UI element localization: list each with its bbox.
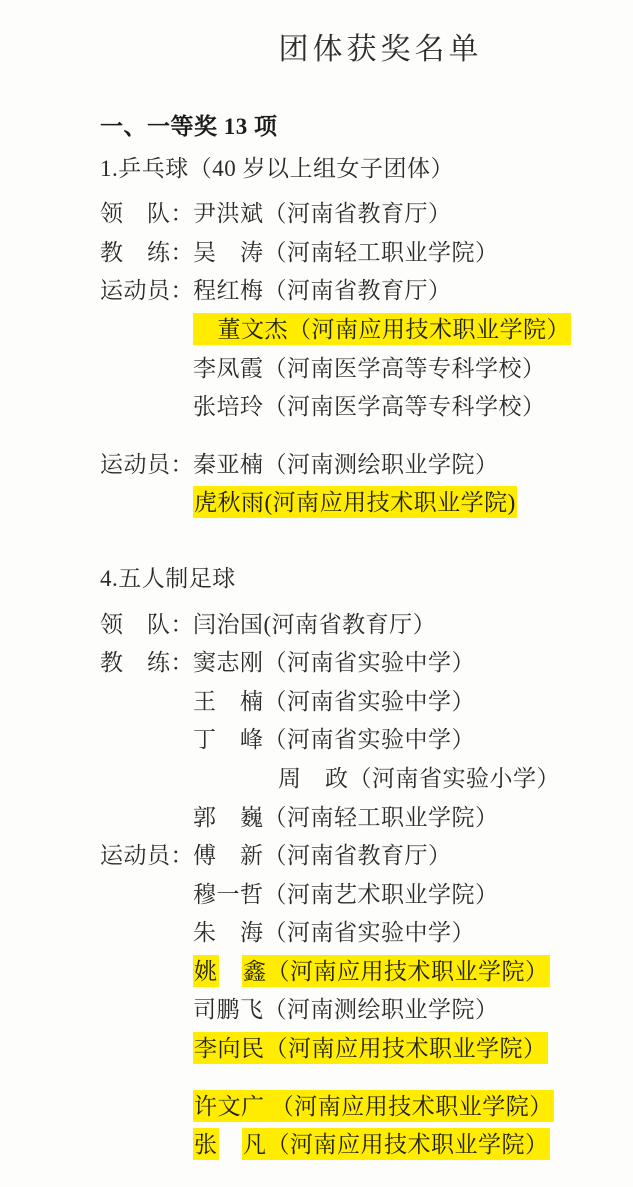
highlighted-text: 许文广 （河南应用技术职业学院）: [193, 1090, 554, 1122]
document-line: 王 楠（河南省实验中学）: [100, 683, 603, 722]
entry-label: 运动员：: [100, 837, 193, 876]
entry-text: 傅 新（河南省教育厅）: [193, 843, 452, 868]
entry-text: 穆一哲（河南艺术职业学院）: [193, 882, 499, 907]
entry-text: 吴 涛（河南轻工职业学院）: [193, 240, 499, 265]
entry-text: 尹洪斌（河南省教育厅）: [193, 201, 452, 226]
document-line: 李向民（河南应用技术职业学院）: [100, 1030, 603, 1069]
document-line: 穆一哲（河南艺术职业学院）: [100, 876, 603, 915]
scanned-document-page: 团体获奖名单 一、一等奖 13 项1.乒乓球（40 岁以上组女子团体）领 队：尹…: [0, 0, 633, 1187]
entry-text: 王 楠（河南省实验中学）: [193, 689, 475, 714]
entry-label: 教 练：: [100, 644, 193, 683]
document-line: 张培玲（河南医学高等专科学校）: [100, 388, 603, 427]
document-line: 领 队：尹洪斌（河南省教育厅）: [100, 195, 603, 234]
document-line: 司鹏飞（河南测绘职业学院）: [100, 991, 603, 1030]
entry-text: 李凤霞（河南医学高等专科学校）: [193, 356, 546, 381]
entry-text: 秦亚楠（河南测绘职业学院）: [193, 452, 499, 477]
document-line: 周 政（河南省实验小学）: [100, 760, 603, 799]
entry-text: 朱 海（河南省实验中学）: [193, 920, 475, 945]
entry-label: 运动员：: [100, 272, 193, 311]
blank-line: [100, 1069, 603, 1088]
document-line: 张 凡（河南应用技术职业学院）: [100, 1126, 603, 1165]
blank-line: [100, 523, 603, 557]
highlighted-text: 凡（河南应用技术职业学院）: [242, 1128, 550, 1160]
highlighted-text: 虎秋雨(河南应用技术职业学院): [193, 486, 517, 518]
section-heading: 一、一等奖 13 项: [100, 108, 603, 147]
entry-text: 司鹏飞（河南测绘职业学院）: [193, 997, 499, 1022]
entry-text: 闫治国(河南省教育厅）: [193, 612, 436, 637]
entry-text: 郭 巍（河南轻工职业学院）: [193, 805, 499, 830]
section-subheading: 1.乒乓球（40 岁以上组女子团体）: [100, 150, 603, 189]
entry-text: 周 政（河南省实验小学）: [278, 766, 560, 791]
document-line: 虎秋雨(河南应用技术职业学院): [100, 484, 603, 523]
entry-label: 运动员：: [100, 446, 193, 485]
document-line: 丁 峰（河南省实验中学）: [100, 721, 603, 760]
entry-label: 教 练：: [100, 234, 193, 273]
entry-text: [219, 959, 243, 984]
document-body: 一、一等奖 13 项1.乒乓球（40 岁以上组女子团体）领 队：尹洪斌（河南省教…: [0, 68, 633, 1165]
entry-text: 一、一等奖 13 项: [100, 114, 278, 139]
entry-label: 领 队：: [100, 606, 193, 645]
document-line: 运动员：秦亚楠（河南测绘职业学院）: [100, 446, 603, 485]
entry-label: 领 队：: [100, 195, 193, 234]
highlighted-text: 张: [193, 1128, 219, 1160]
document-line: 李凤霞（河南医学高等专科学校）: [100, 350, 603, 389]
highlighted-text: 姚: [193, 955, 219, 987]
entry-text: 张培玲（河南医学高等专科学校）: [193, 394, 546, 419]
document-line: 董文杰（河南应用技术职业学院）: [100, 311, 603, 350]
document-line: 教 练：吴 涛（河南轻工职业学院）: [100, 234, 603, 273]
document-line: 郭 巍（河南轻工职业学院）: [100, 799, 603, 838]
document-title: 团体获奖名单: [64, 0, 633, 68]
blank-line: [100, 427, 603, 446]
section-subheading: 4.五人制足球: [100, 560, 603, 599]
entry-text: [219, 1132, 243, 1157]
document-line: 朱 海（河南省实验中学）: [100, 914, 603, 953]
document-line: 领 队：闫治国(河南省教育厅）: [100, 606, 603, 645]
entry-text: 1.乒乓球（40 岁以上组女子团体）: [100, 156, 454, 181]
entry-text: 程红梅（河南省教育厅）: [193, 278, 452, 303]
document-line: 教 练：窦志刚（河南省实验中学）: [100, 644, 603, 683]
document-line: 许文广 （河南应用技术职业学院）: [100, 1088, 603, 1127]
highlighted-text: 鑫（河南应用技术职业学院）: [242, 955, 550, 987]
highlighted-text: 董文杰（河南应用技术职业学院）: [193, 313, 571, 345]
document-line: 姚 鑫（河南应用技术职业学院）: [100, 953, 603, 992]
document-line: 运动员：傅 新（河南省教育厅）: [100, 837, 603, 876]
highlighted-text: 李向民（河南应用技术职业学院）: [193, 1032, 548, 1064]
entry-text: 窦志刚（河南省实验中学）: [193, 650, 475, 675]
document-line: 运动员：程红梅（河南省教育厅）: [100, 272, 603, 311]
entry-text: 4.五人制足球: [100, 566, 236, 591]
entry-text: 丁 峰（河南省实验中学）: [193, 727, 475, 752]
